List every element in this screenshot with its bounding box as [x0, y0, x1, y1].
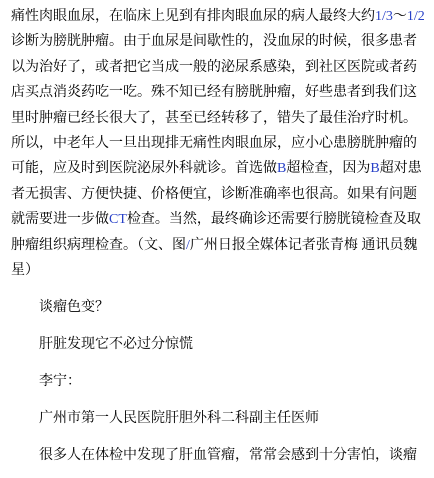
sub-paragraph: 肝脏发现它不必过分惊慌 — [11, 332, 424, 357]
text-segment: 以为治好了，或者把它当成一般的泌尿系感染，到社区医院或者药 — [11, 60, 417, 75]
text-segment: 痛性肉眼血尿，在临床上见到有排肉眼血尿的病人最终大约 — [11, 9, 375, 24]
text-line: 里时肿瘤已经长很大了，甚至已经转移了，错失了最佳治疗时机。 — [11, 106, 424, 131]
text-line: 就需要进一步做CT检查。当然，最终确诊还需要行膀胱镜检查及取 — [11, 207, 424, 232]
keyword-link[interactable]: CT — [109, 212, 127, 227]
sub-paragraph: 很多人在体检中发现了肝血管瘤，常常会感到十分害怕，谈瘤 — [11, 443, 424, 468]
sub-paragraph: 广州市第一人民医院肝胆外科二科副主任医师 — [11, 406, 424, 431]
text-segment: 星） — [11, 263, 39, 278]
text-line: 痛性肉眼血尿，在临床上见到有排肉眼血尿的病人最终大约1/3～1/2 — [11, 4, 424, 29]
text-segment: ～ — [393, 9, 407, 24]
text-segment: 可能，应及时到医院泌尿外科就诊。首选做 — [11, 161, 277, 176]
article-body: 痛性肉眼血尿，在临床上见到有排肉眼血尿的病人最终大约1/3～1/2诊断为膀胱肿瘤… — [0, 0, 434, 468]
text-segment: 超对患 — [380, 161, 422, 176]
sub-paragraph-list: 谈瘤色变？肝脏发现它不必过分惊慌李宁：广州市第一人民医院肝胆外科二科副主任医师很… — [11, 295, 424, 468]
keyword-link[interactable]: 1/3 — [375, 9, 393, 24]
text-segment: 检查。当然，最终确诊还需要行膀胱镜检查及取 — [127, 212, 421, 227]
text-segment: 就需要进一步做 — [11, 212, 109, 227]
text-segment: 里时肿瘤已经长很大了，甚至已经转移了，错失了最佳治疗时机。 — [11, 111, 417, 126]
text-segment: 超检查，因为 — [286, 161, 370, 176]
text-line: 可能，应及时到医院泌尿外科就诊。首选做B超检查，因为B超对患 — [11, 156, 424, 181]
text-segment: 肿瘤组织病理检查。（文、图 — [11, 238, 186, 253]
keyword-link[interactable]: 1/2 — [407, 9, 425, 24]
sub-paragraph: 李宁： — [11, 369, 424, 394]
text-segment: 广州日报全媒体记者张青梅 通讯员魏 — [190, 238, 418, 253]
text-segment: 店买点消炎药吃一吃。殊不知已经有膀胱肿瘤，好些患者到我们这 — [11, 85, 417, 100]
text-line: 所以，中老年人一旦出现排无痛性肉眼血尿，应小心患膀胱肿瘤的 — [11, 131, 424, 156]
text-line: 星） — [11, 258, 424, 283]
text-line: 诊断为膀胱肿瘤。由于血尿是间歇性的，没血尿的时候，很多患者 — [11, 29, 424, 54]
text-segment: 诊断为膀胱肿瘤。由于血尿是间歇性的，没血尿的时候，很多患者 — [11, 34, 417, 49]
text-segment: 所以，中老年人一旦出现排无痛性肉眼血尿，应小心患膀胱肿瘤的 — [11, 136, 417, 151]
text-line: 以为治好了，或者把它当成一般的泌尿系感染，到社区医院或者药 — [11, 55, 424, 80]
text-line: 肿瘤组织病理检查。（文、图/广州日报全媒体记者张青梅 通讯员魏 — [11, 233, 424, 258]
text-segment: 者无损害、方便快捷、价格便宜，诊断准确率也很高。如果有问题 — [11, 187, 417, 202]
sub-paragraph: 谈瘤色变？ — [11, 295, 424, 320]
text-line: 店买点消炎药吃一吃。殊不知已经有膀胱肿瘤，好些患者到我们这 — [11, 80, 424, 105]
keyword-link[interactable]: B — [370, 161, 379, 176]
keyword-link[interactable]: B — [277, 161, 286, 176]
text-line: 者无损害、方便快捷、价格便宜，诊断准确率也很高。如果有问题 — [11, 182, 424, 207]
main-paragraph: 痛性肉眼血尿，在临床上见到有排肉眼血尿的病人最终大约1/3～1/2诊断为膀胱肿瘤… — [11, 4, 424, 283]
